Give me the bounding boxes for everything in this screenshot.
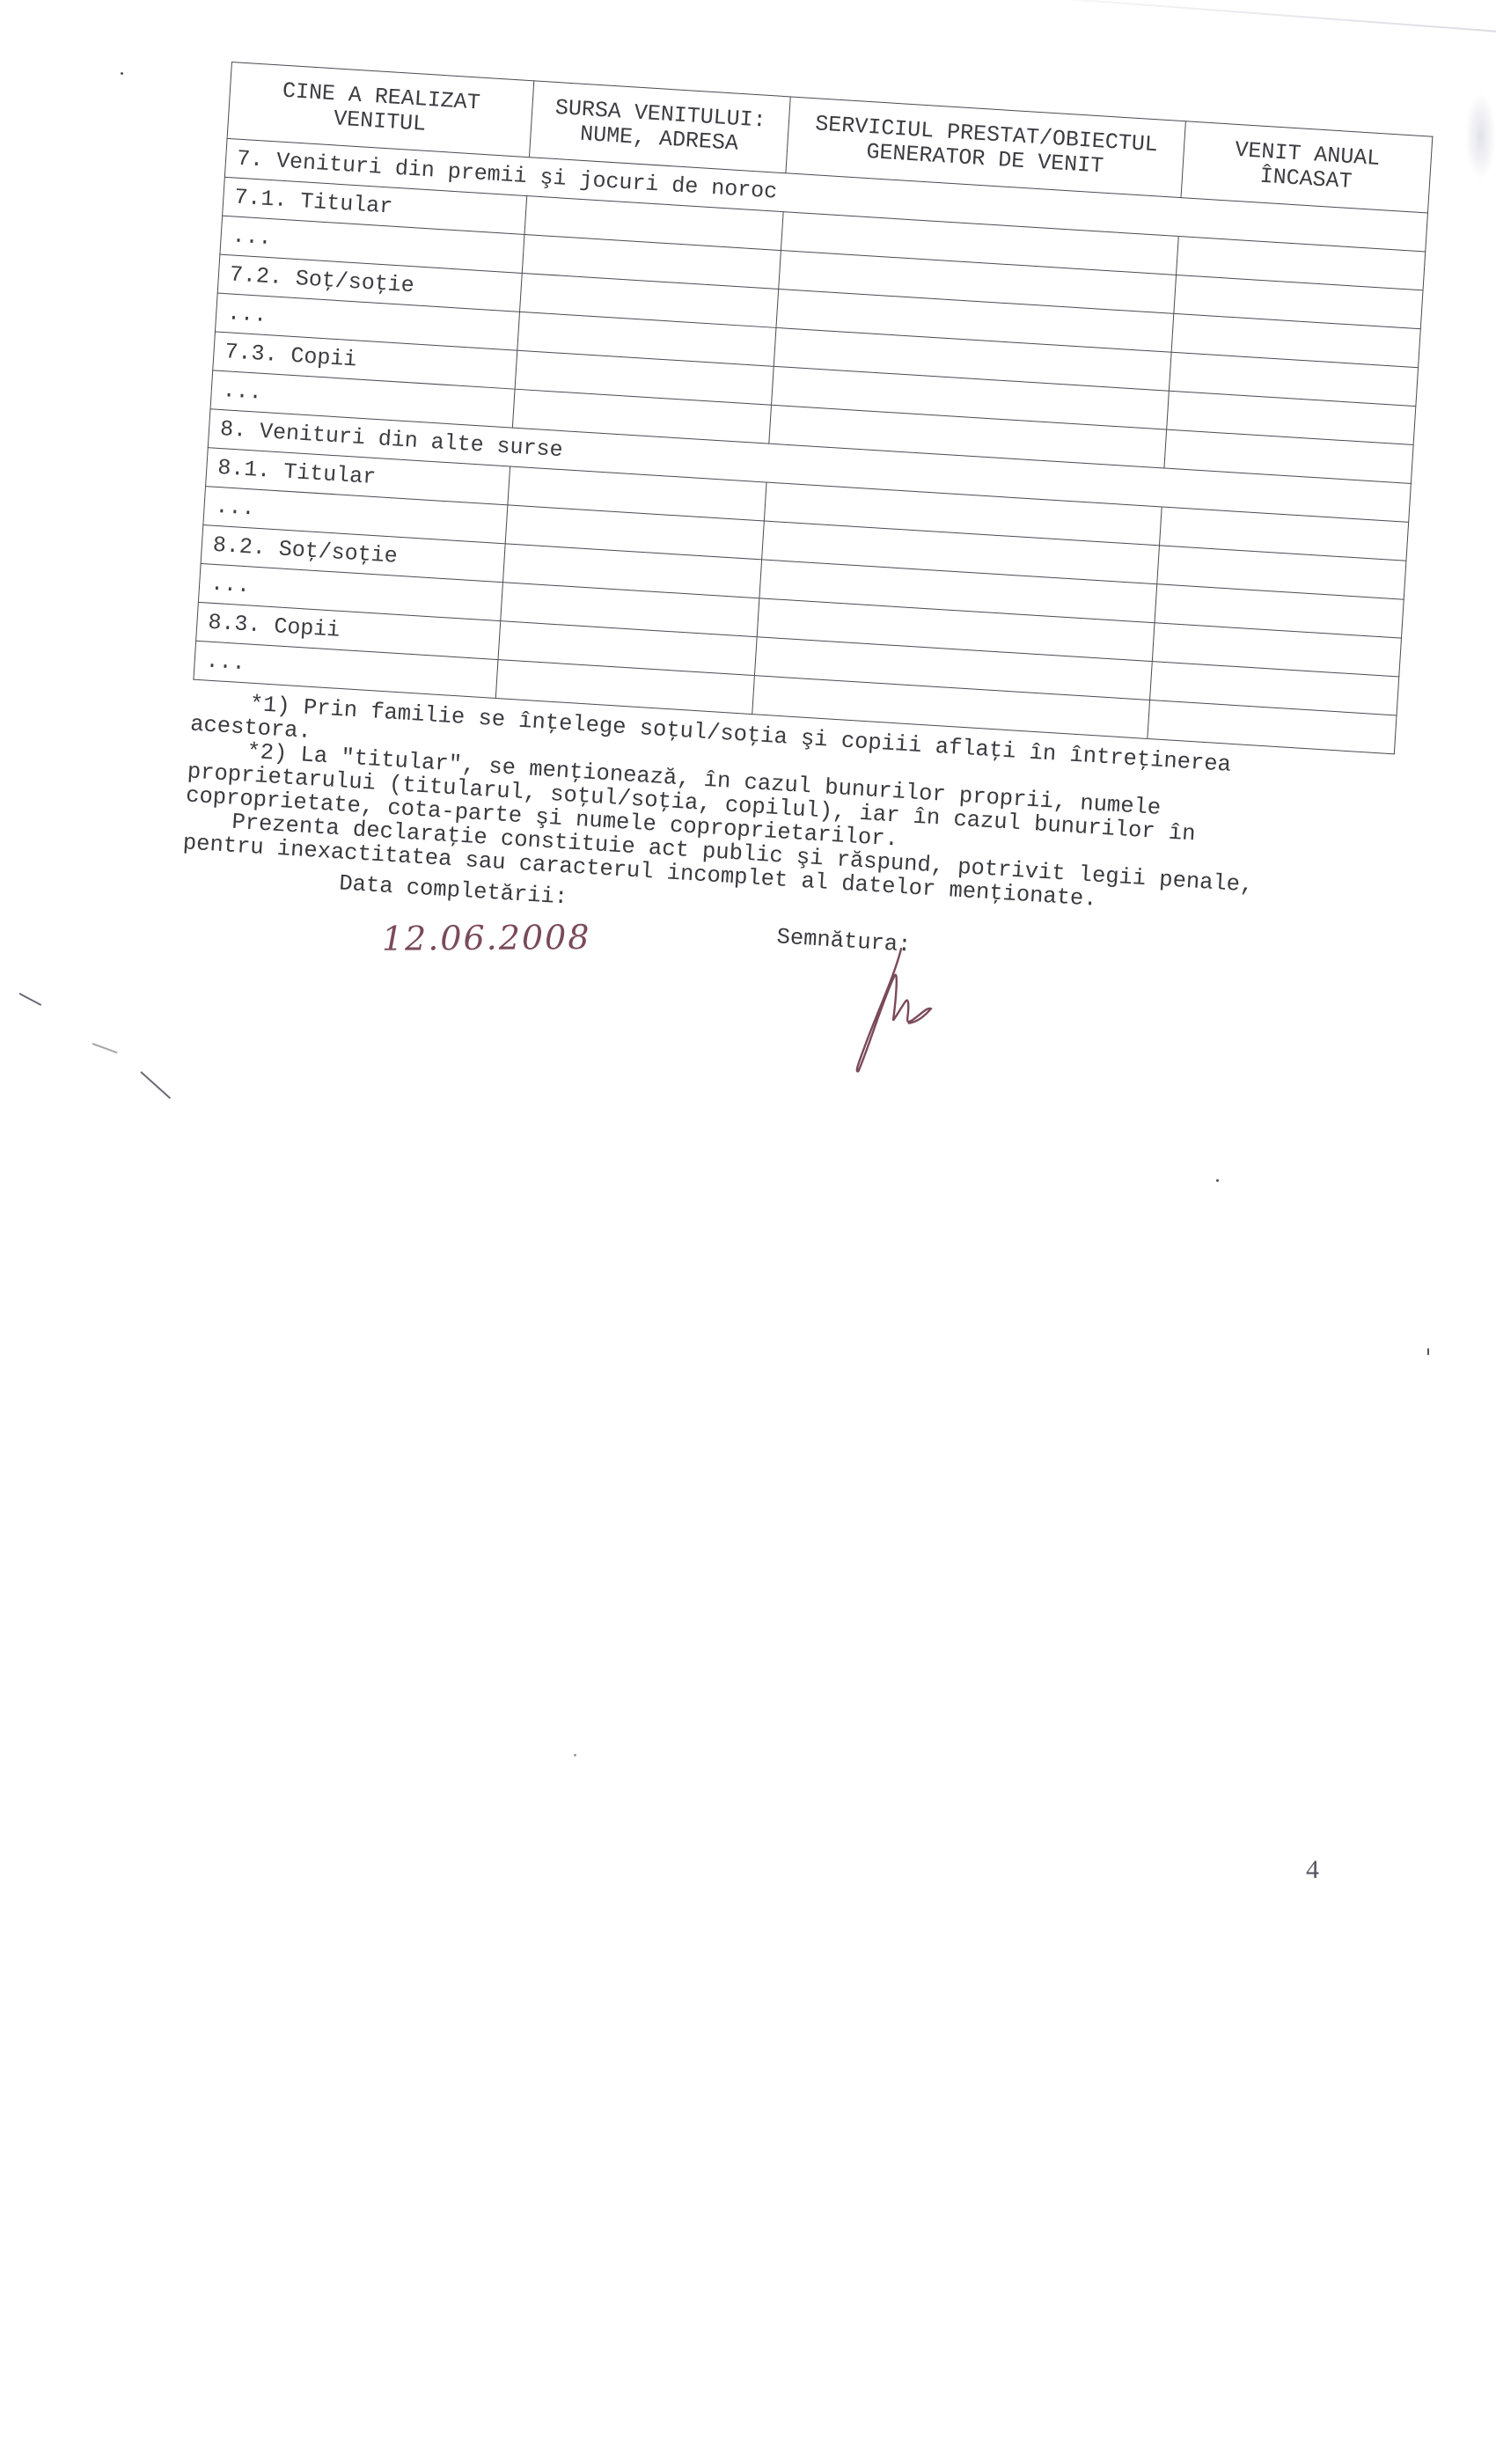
declaration-document: CINE A REALIZAT VENITUL SURSA VENITULUI:… bbox=[173, 62, 1444, 1077]
handwritten-date: 12.06.2008 bbox=[382, 926, 591, 951]
scan-mark bbox=[140, 1071, 171, 1099]
scan-mark bbox=[92, 1043, 118, 1053]
scan-mark bbox=[19, 993, 42, 1006]
scan-noise bbox=[1465, 92, 1496, 180]
scan-speck bbox=[121, 72, 123, 75]
scan-page-edge bbox=[1021, 0, 1496, 36]
scan-speck bbox=[1216, 1179, 1219, 1182]
page-number: 4 bbox=[1306, 1855, 1319, 1885]
income-table: CINE A REALIZAT VENITUL SURSA VENITULUI:… bbox=[193, 62, 1433, 754]
scan-speck bbox=[1427, 1348, 1429, 1355]
signature-icon bbox=[839, 938, 944, 1085]
footnotes: *1) Prin familie se înţelege soţul/soţia… bbox=[173, 689, 1393, 1077]
scan-speck bbox=[574, 1754, 576, 1756]
